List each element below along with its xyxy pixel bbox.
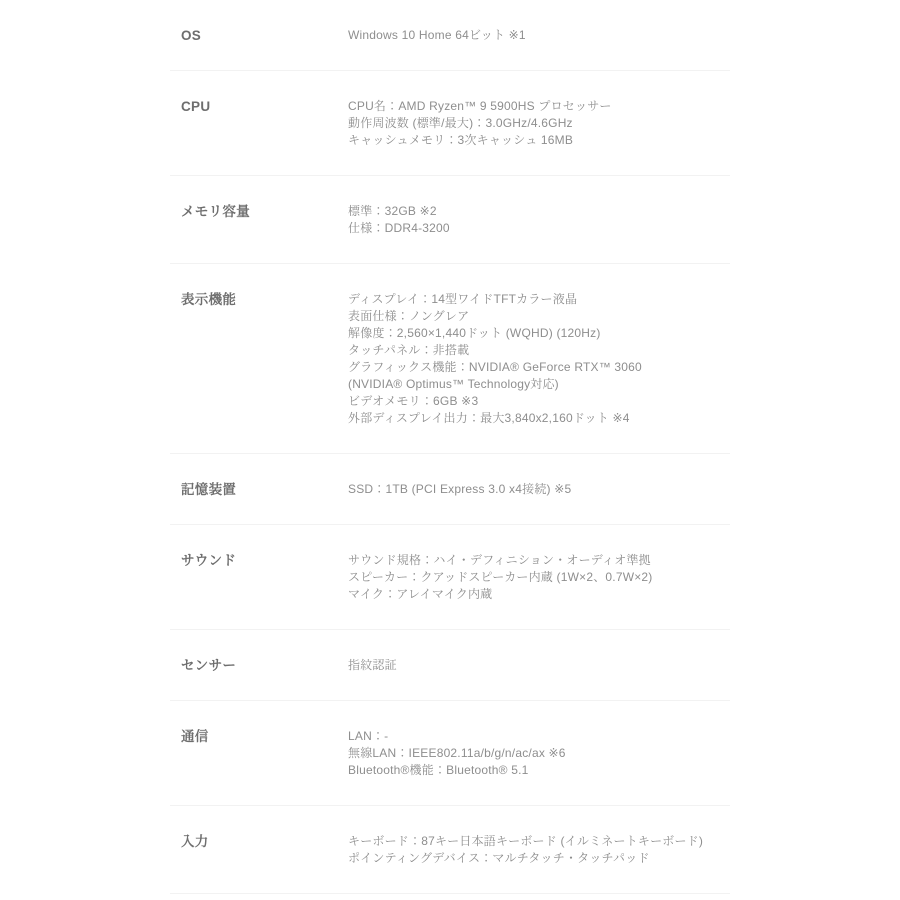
spec-value-line: 解像度：2,560×1,440ドット (WQHD) (120Hz) — [348, 325, 730, 342]
spec-value-line: SSD：1TB (PCI Express 3.0 x4接続) ※5 — [348, 481, 730, 498]
spec-value-line: サウンド規格：ハイ・デフィニション・オーディオ準拠 — [348, 552, 730, 569]
spec-row-8: 入力 キーボード：87キー日本語キーボード (イルミネートキーボード)ポインティ… — [170, 806, 730, 894]
spec-row-label: OS — [170, 27, 348, 44]
spec-row-value: サウンド規格：ハイ・デフィニション・オーディオ準拠スピーカー：クアッドスピーカー… — [348, 552, 730, 603]
spec-value-line: 標準：32GB ※2 — [348, 203, 730, 220]
spec-row-label: 記憶装置 — [170, 481, 348, 498]
spec-value-line: 仕様：DDR4-3200 — [348, 220, 730, 237]
spec-table: OS Windows 10 Home 64ビット ※1 CPU CPU名：AMD… — [170, 0, 730, 894]
spec-row-0: OS Windows 10 Home 64ビット ※1 — [170, 0, 730, 71]
spec-row-value: 標準：32GB ※2仕様：DDR4-3200 — [348, 203, 730, 237]
spec-value-line: 外部ディスプレイ出力：最大3,840x2,160ドット ※4 — [348, 410, 730, 427]
spec-value-line: マイク：アレイマイク内蔵 — [348, 586, 730, 603]
spec-row-label: CPU — [170, 98, 348, 115]
spec-row-2: メモリ容量 標準：32GB ※2仕様：DDR4-3200 — [170, 176, 730, 264]
spec-value-line: ディスプレイ：14型ワイドTFTカラー液晶 — [348, 291, 730, 308]
spec-value-line: ビデオメモリ：6GB ※3 — [348, 393, 730, 410]
spec-row-label: 表示機能 — [170, 291, 348, 308]
spec-row-value: 指紋認証 — [348, 657, 730, 674]
spec-row-1: CPU CPU名：AMD Ryzen™ 9 5900HS プロセッサー動作周波数… — [170, 71, 730, 176]
spec-row-value: CPU名：AMD Ryzen™ 9 5900HS プロセッサー動作周波数 (標準… — [348, 98, 730, 149]
spec-row-value: キーボード：87キー日本語キーボード (イルミネートキーボード)ポインティングデ… — [348, 833, 730, 867]
spec-value-line: LAN：- — [348, 728, 730, 745]
spec-value-line: 表面仕様：ノングレア — [348, 308, 730, 325]
spec-row-value: SSD：1TB (PCI Express 3.0 x4接続) ※5 — [348, 481, 730, 498]
spec-value-line: グラフィックス機能：NVIDIA® GeForce RTX™ 3060 — [348, 359, 730, 376]
spec-row-5: サウンド サウンド規格：ハイ・デフィニション・オーディオ準拠スピーカー：クアッド… — [170, 525, 730, 630]
spec-sheet-page: OS Windows 10 Home 64ビット ※1 CPU CPU名：AMD… — [0, 0, 900, 900]
spec-value-line: 動作周波数 (標準/最大)：3.0GHz/4.6GHz — [348, 115, 730, 132]
spec-value-line: スピーカー：クアッドスピーカー内蔵 (1W×2、0.7W×2) — [348, 569, 730, 586]
spec-value-line: タッチパネル：非搭載 — [348, 342, 730, 359]
spec-row-7: 通信 LAN：-無線LAN：IEEE802.11a/b/g/n/ac/ax ※6… — [170, 701, 730, 806]
spec-row-value: LAN：-無線LAN：IEEE802.11a/b/g/n/ac/ax ※6Blu… — [348, 728, 730, 779]
spec-row-value: ディスプレイ：14型ワイドTFTカラー液晶表面仕様：ノングレア解像度：2,560… — [348, 291, 730, 427]
spec-value-line: (NVIDIA® Optimus™ Technology対応) — [348, 376, 730, 393]
spec-row-label: サウンド — [170, 552, 348, 569]
spec-row-label: 通信 — [170, 728, 348, 745]
spec-value-line: 無線LAN：IEEE802.11a/b/g/n/ac/ax ※6 — [348, 745, 730, 762]
spec-row-4: 記憶装置 SSD：1TB (PCI Express 3.0 x4接続) ※5 — [170, 454, 730, 525]
spec-row-6: センサー 指紋認証 — [170, 630, 730, 701]
spec-value-line: ポインティングデバイス：マルチタッチ・タッチパッド — [348, 850, 730, 867]
spec-value-line: Windows 10 Home 64ビット ※1 — [348, 27, 730, 44]
spec-value-line: CPU名：AMD Ryzen™ 9 5900HS プロセッサー — [348, 98, 730, 115]
spec-row-label: メモリ容量 — [170, 203, 348, 220]
spec-row-label: 入力 — [170, 833, 348, 850]
spec-row-3: 表示機能 ディスプレイ：14型ワイドTFTカラー液晶表面仕様：ノングレア解像度：… — [170, 264, 730, 454]
spec-value-line: 指紋認証 — [348, 657, 730, 674]
spec-value-line: Bluetooth®機能：Bluetooth® 5.1 — [348, 762, 730, 779]
spec-value-line: キーボード：87キー日本語キーボード (イルミネートキーボード) — [348, 833, 730, 850]
spec-row-label: センサー — [170, 657, 348, 674]
spec-row-value: Windows 10 Home 64ビット ※1 — [348, 27, 730, 44]
spec-value-line: キャッシュメモリ：3次キャッシュ 16MB — [348, 132, 730, 149]
